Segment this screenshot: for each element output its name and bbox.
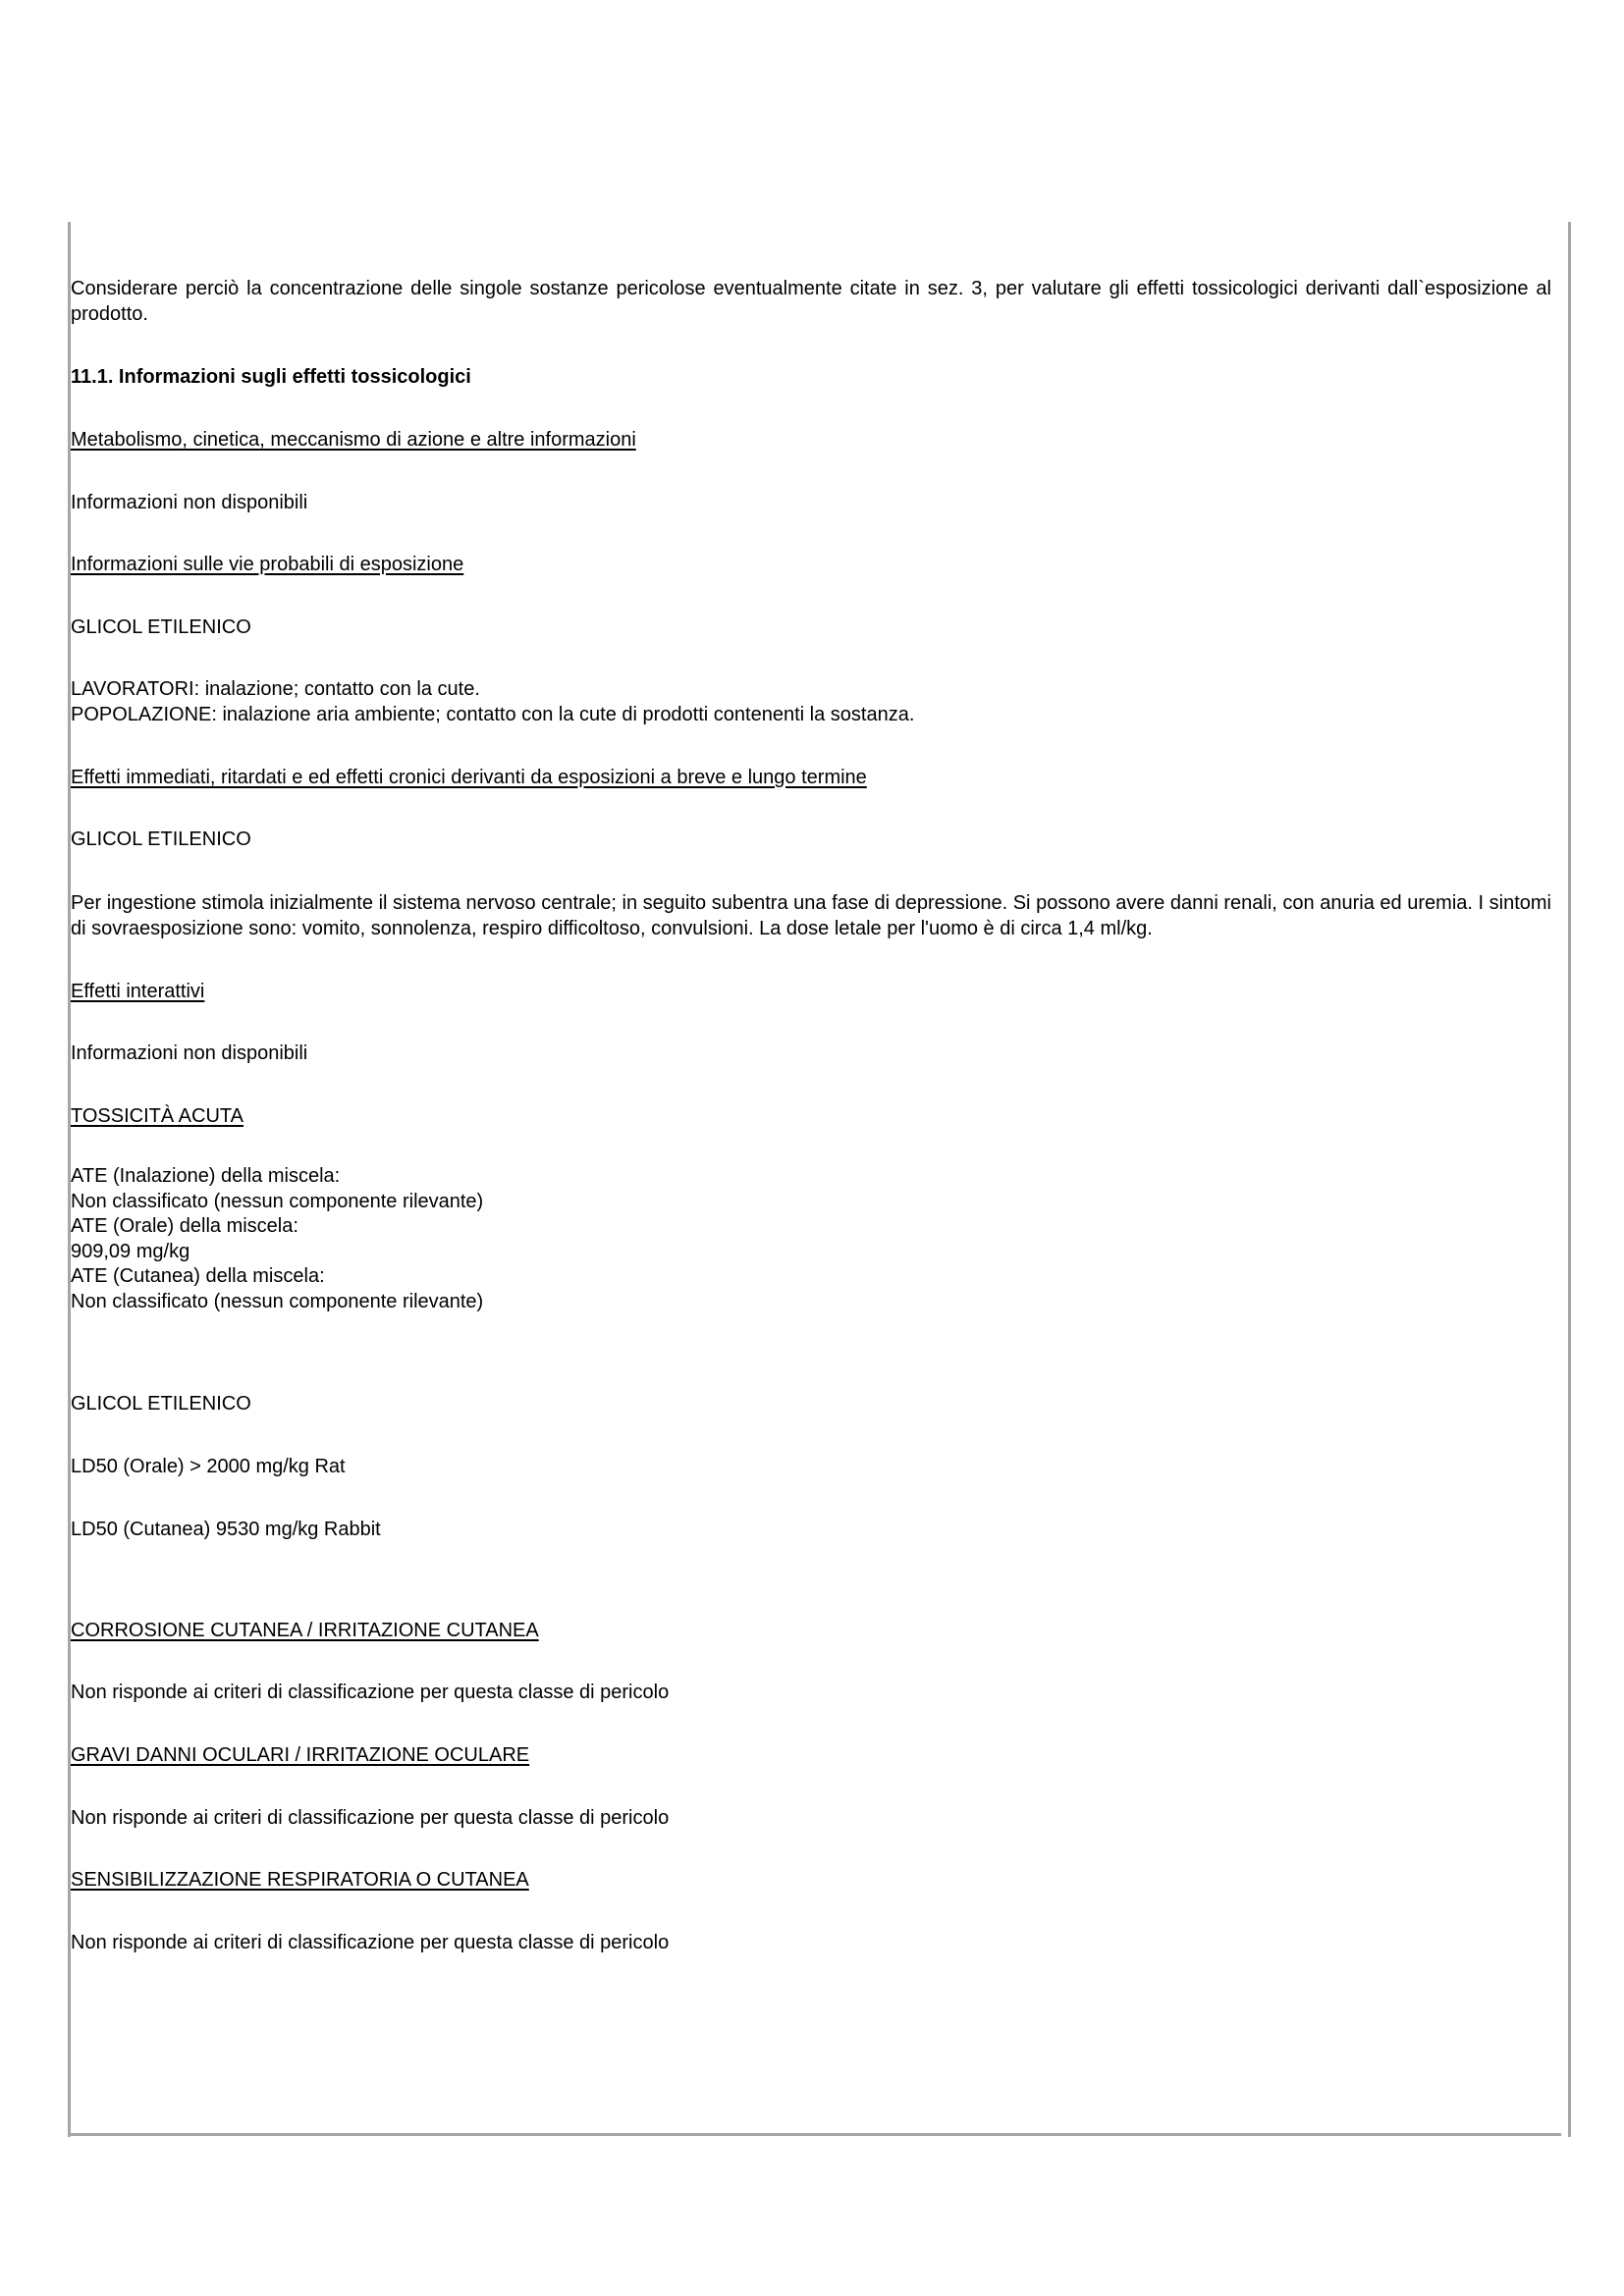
- frame-border-bottom: [68, 2133, 1561, 2136]
- ld50-dermal: LD50 (Cutanea) 9530 mg/kg Rabbit: [71, 1517, 1551, 1542]
- exposure-substance: GLICOL ETILENICO: [71, 614, 1551, 640]
- ate-line: 909,09 mg/kg: [71, 1240, 1551, 1265]
- section-title: 11.1. Informazioni sugli effetti tossico…: [71, 364, 1551, 390]
- sensitization-heading: SENSIBILIZZAZIONE RESPIRATORIA O CUTANEA: [71, 1867, 1551, 1893]
- ld50-oral: LD50 (Orale) > 2000 mg/kg Rat: [71, 1454, 1551, 1479]
- exposure-population: POPOLAZIONE: inalazione aria ambiente; c…: [71, 702, 1551, 727]
- metabolism-heading: Metabolismo, cinetica, meccanismo di azi…: [71, 427, 1551, 453]
- acute-substance: GLICOL ETILENICO: [71, 1391, 1551, 1416]
- ate-line: Non classificato (nessun componente rile…: [71, 1290, 1551, 1315]
- intro-paragraph: Considerare perciò la concentrazione del…: [71, 276, 1551, 327]
- effects-heading: Effetti immediati, ritardati e ed effett…: [71, 765, 1551, 790]
- interactive-heading: Effetti interattivi: [71, 979, 1551, 1004]
- effects-substance: GLICOL ETILENICO: [71, 827, 1551, 852]
- acute-toxicity-heading: TOSSICITÀ ACUTA: [71, 1103, 1551, 1129]
- exposure-routes-list: LAVORATORI: inalazione; contatto con la …: [71, 676, 1551, 727]
- exposure-workers: LAVORATORI: inalazione; contatto con la …: [71, 676, 1551, 702]
- frame-border-right: [1568, 222, 1571, 2137]
- eye-damage-heading: GRAVI DANNI OCULARI / IRRITAZIONE OCULAR…: [71, 1742, 1551, 1768]
- metabolism-text: Informazioni non disponibili: [71, 490, 1551, 515]
- effects-text: Per ingestione stimola inizialmente il s…: [71, 890, 1551, 941]
- sensitization-text: Non risponde ai criteri di classificazio…: [71, 1930, 1551, 1955]
- interactive-text: Informazioni non disponibili: [71, 1041, 1551, 1066]
- ate-line: ATE (Inalazione) della miscela:: [71, 1164, 1551, 1190]
- ate-line: Non classificato (nessun componente rile…: [71, 1190, 1551, 1215]
- skin-corrosion-heading: CORROSIONE CUTANEA / IRRITAZIONE CUTANEA: [71, 1618, 1551, 1643]
- ate-list: ATE (Inalazione) della miscela: Non clas…: [71, 1164, 1551, 1314]
- eye-damage-text: Non risponde ai criteri di classificazio…: [71, 1805, 1551, 1831]
- ate-line: ATE (Orale) della miscela:: [71, 1214, 1551, 1240]
- skin-corrosion-text: Non risponde ai criteri di classificazio…: [71, 1680, 1551, 1705]
- ate-line: ATE (Cutanea) della miscela:: [71, 1264, 1551, 1290]
- exposure-routes-heading: Informazioni sulle vie probabili di espo…: [71, 552, 1551, 577]
